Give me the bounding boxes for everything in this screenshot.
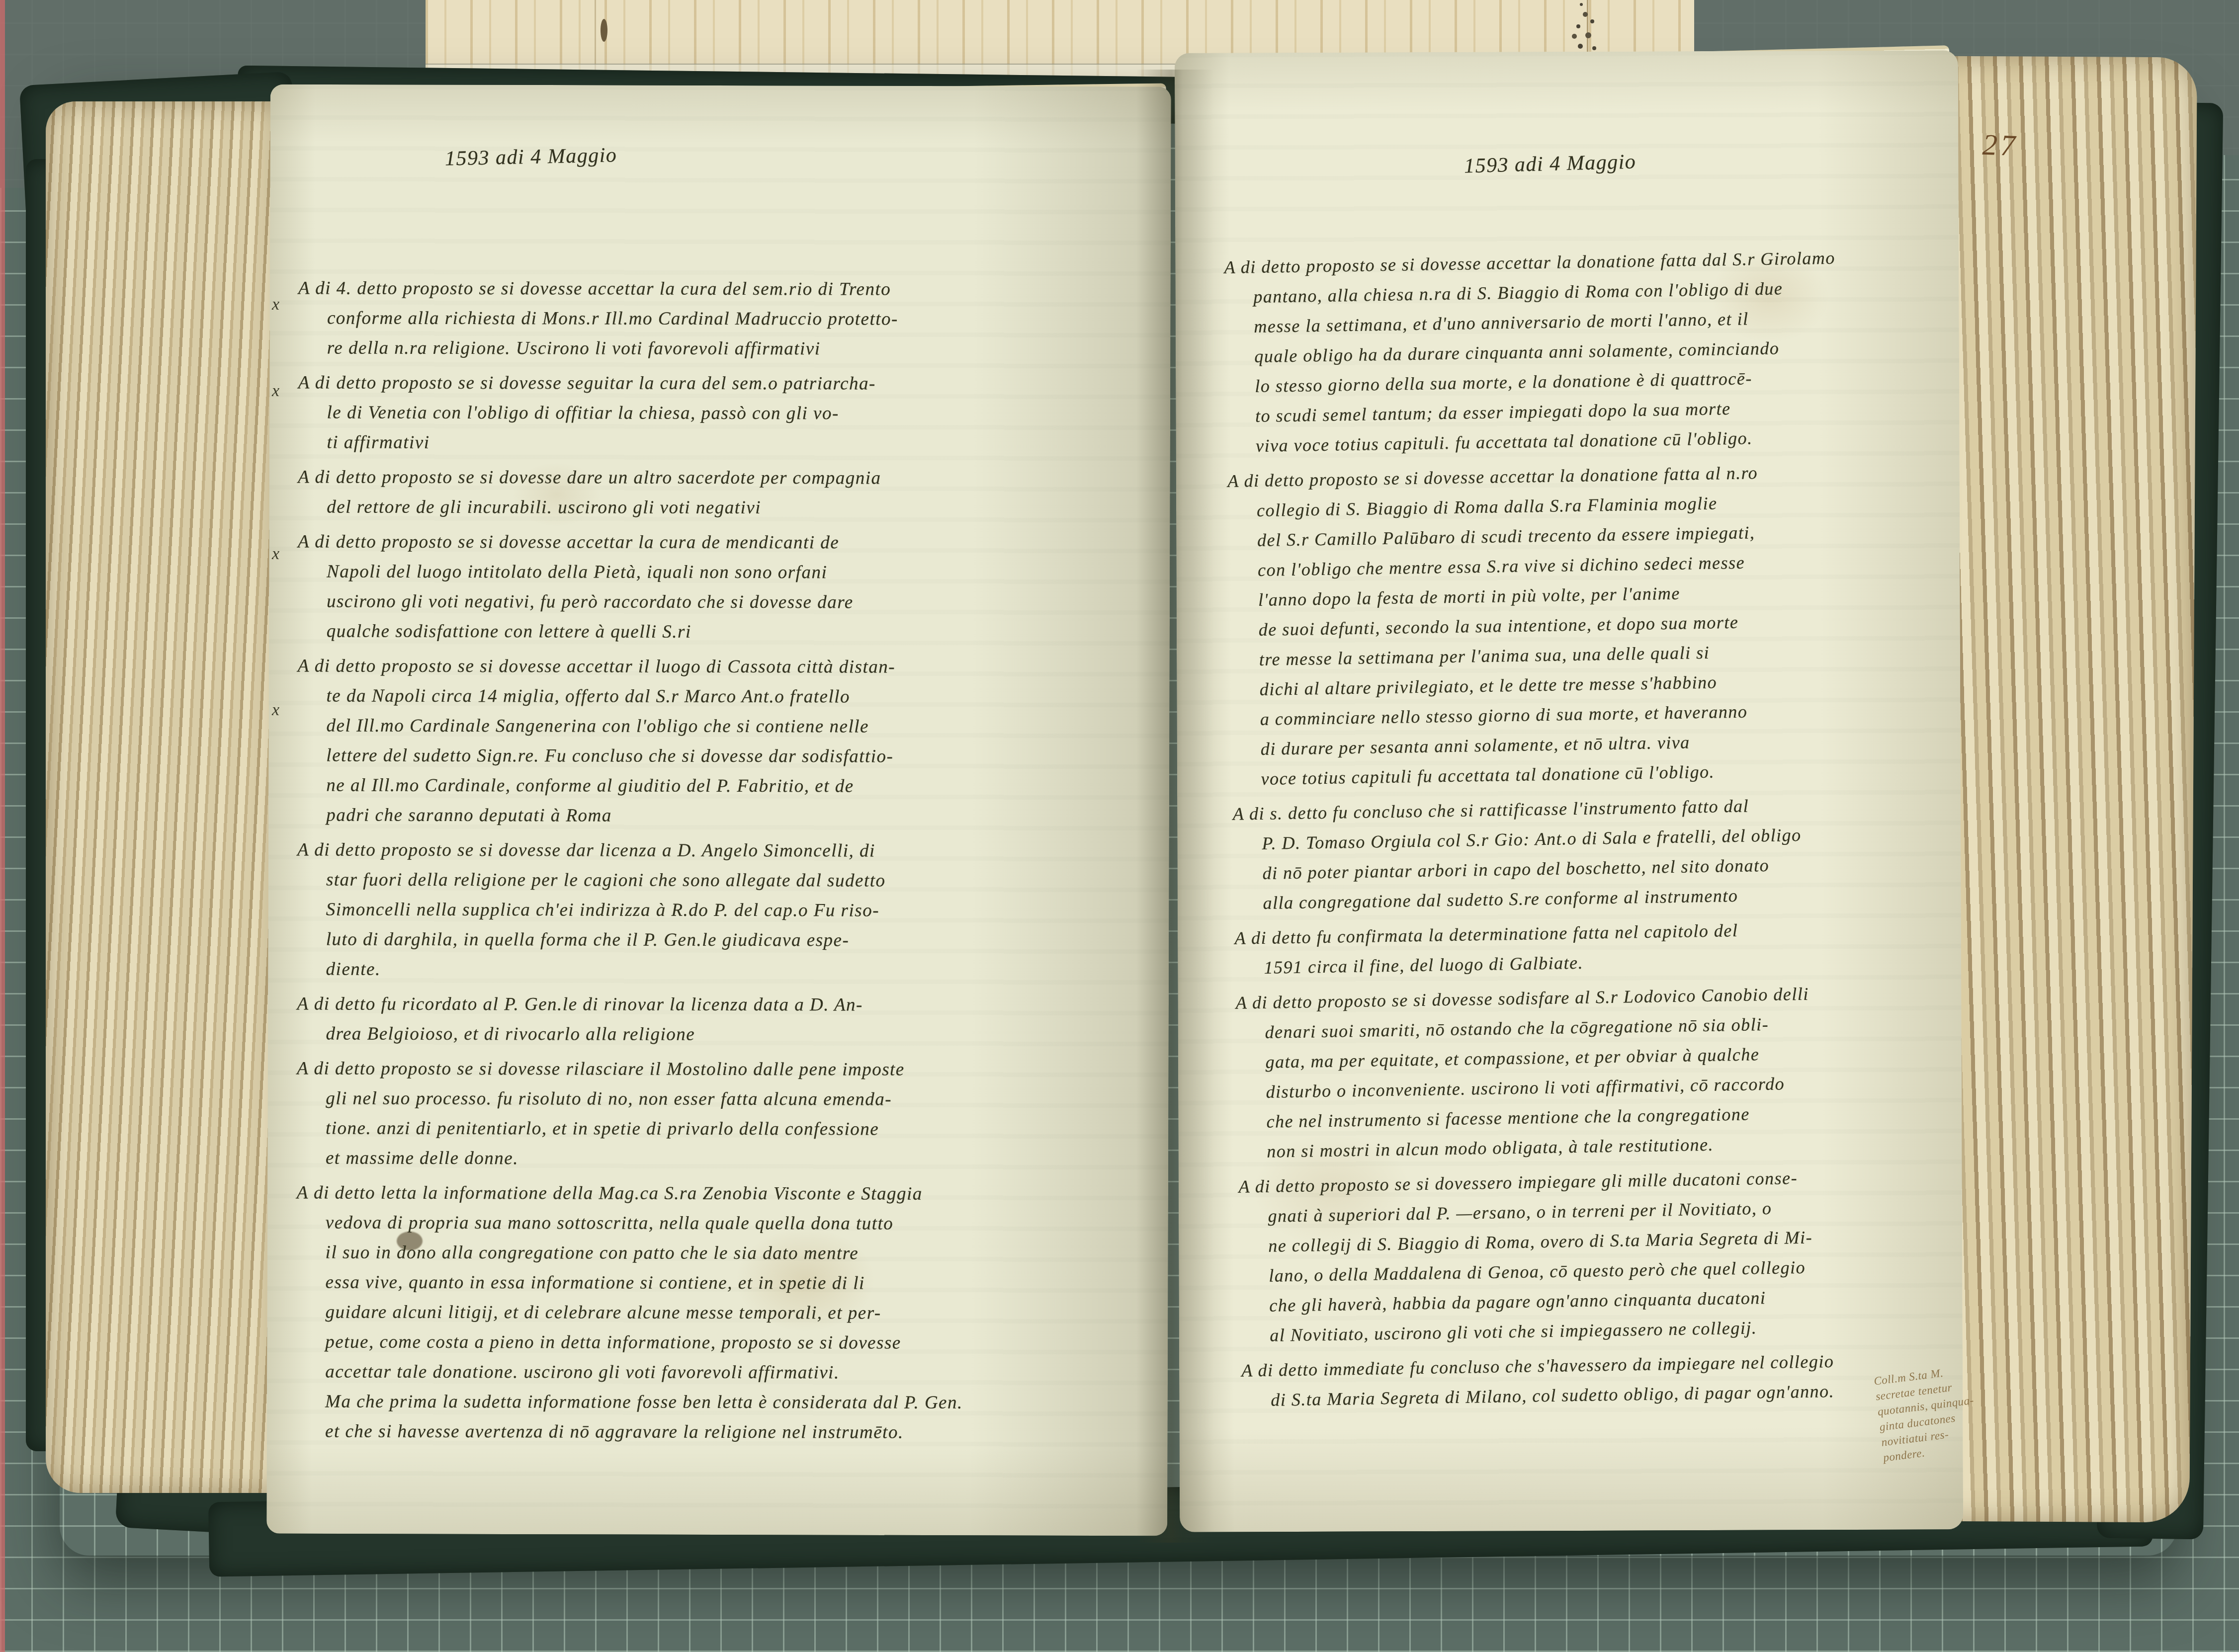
manuscript-line: A di detto proposto se si dovesse dar li…: [297, 835, 1152, 866]
manuscript-line: del Ill.mo Cardinale Sangenerina con l'o…: [297, 711, 1152, 742]
left-page-date-header: 1593 adi 4 Maggio: [445, 143, 617, 170]
manuscript-line: A di detto proposto se si dovesse accett…: [298, 651, 1153, 682]
left-page-text: A di 4. detto proposto se si dovesse acc…: [296, 274, 1153, 1453]
right-page-date-header: 1593 adi 4 Maggio: [1464, 150, 1636, 178]
manuscript-line: gli nel suo processo. fu risoluto di no,…: [297, 1083, 1152, 1115]
manuscript-paragraph: A di detto proposto se si dovesse rilasc…: [297, 1054, 1152, 1174]
manuscript-paragraph: A di detto fu confirmata la determinatio…: [1234, 911, 1981, 983]
manuscript-line: star fuori della religione per le cagion…: [297, 865, 1152, 896]
manuscript-paragraph: A di detto proposto se si dovesse dare u…: [298, 463, 1153, 524]
wood-knot: [601, 19, 607, 42]
manuscript-paragraph: A di detto fu ricordato al P. Gen.le di …: [297, 989, 1152, 1050]
margin-x-mark: x: [272, 701, 279, 720]
manuscript-line: conforme alla richiesta di Mons.r Ill.mo…: [298, 304, 1153, 335]
manuscript-line: le di Venetia con l'obligo di offitiar l…: [298, 398, 1153, 429]
manuscript-photo: 1593 adi 4 Maggio 1593 adi 4 Maggio 27 x…: [0, 0, 2239, 1652]
manuscript-line: il suo in dono alla congregatione con pa…: [297, 1238, 1152, 1269]
manuscript-line: Napoli del luogo intitolato della Pietà,…: [298, 557, 1153, 588]
manuscript-line: re della n.ra religione. Uscirono li vot…: [298, 333, 1153, 365]
manuscript-line: et che si havesse avertenza di nō aggrav…: [296, 1416, 1151, 1448]
manuscript-line: A di detto proposto se si dovesse dare u…: [298, 463, 1153, 494]
manuscript-line: del rettore de gli incurabili. uscirono …: [298, 493, 1153, 524]
manuscript-line: A di detto letta la informatione della M…: [297, 1178, 1152, 1209]
right-page-text: A di detto proposto se si dovesse accett…: [1224, 241, 1988, 1420]
manuscript-line: A di detto proposto se si dovesse accett…: [298, 527, 1153, 559]
manuscript-line: uscirono gli voti negativi, fu però racc…: [298, 586, 1153, 618]
manuscript-paragraph: A di detto proposto se si dovesse accett…: [1224, 241, 1973, 461]
manuscript-line: accettar tale donatione. uscirono gli vo…: [296, 1357, 1151, 1388]
manuscript-line: qualche sodisfattione con lettere à quel…: [298, 616, 1153, 648]
manuscript-line: padri che saranno deputati à Roma: [297, 800, 1152, 831]
manuscript-line: A di 4. detto proposto se si dovesse acc…: [298, 274, 1153, 305]
manuscript-line: lettere del sudetto Sign.re. Fu concluso…: [297, 741, 1152, 772]
margin-x-mark: x: [272, 295, 279, 314]
manuscript-line: te da Napoli circa 14 miglia, offerto da…: [298, 681, 1153, 712]
manuscript-line: guidare alcuni litigij, et di celebrare …: [296, 1297, 1151, 1328]
manuscript-line: Ma che prima la sudetta informatione fos…: [296, 1387, 1151, 1418]
manuscript-paragraph: A di s. detto fu concluso che si rattifi…: [1232, 787, 1980, 918]
wood-speckles: [1580, 3, 1583, 6]
manuscript-line: A di detto proposto se si dovesse rilasc…: [297, 1054, 1152, 1085]
left-page-fore-edge-stack: [46, 101, 283, 1493]
manuscript-line: tione. anzi di penitentiarlo, et in spet…: [297, 1113, 1152, 1145]
manuscript-paragraph: A di detto proposto se si dovesse accett…: [1227, 454, 1978, 794]
manuscript-line: petue, come costa a pieno in detta infor…: [296, 1327, 1151, 1358]
manuscript-paragraph: A di detto proposto se si dovesse accett…: [297, 651, 1153, 831]
manuscript-line: luto di darghila, in quella forma che il…: [297, 924, 1152, 956]
margin-x-mark: x: [272, 545, 279, 564]
manuscript-line: et massime delle donne.: [297, 1143, 1152, 1174]
manuscript-paragraph: A di detto letta la informatione della M…: [296, 1178, 1152, 1448]
manuscript-line: essa vive, quanto in essa informatione s…: [296, 1267, 1151, 1299]
manuscript-line: A di detto proposto se si dovesse seguit…: [298, 368, 1153, 400]
manuscript-paragraph: A di detto proposto se si dovesse dar li…: [297, 835, 1153, 986]
manuscript-paragraph: A di detto proposto se si dovessero impi…: [1238, 1160, 1986, 1351]
mat-red-edge-stripe: [0, 0, 5, 1652]
manuscript-line: diente.: [297, 954, 1152, 986]
latin-margin-note: Coll.m S.ta M.secretae teneturquotannis,…: [1873, 1358, 2008, 1465]
manuscript-line: vedova di propria sua mano sottoscritta,…: [297, 1208, 1152, 1239]
manuscript-line: Simoncelli nella supplica ch'ei indirizz…: [297, 895, 1152, 926]
manuscript-paragraph: A di detto proposto se si dovesse accett…: [298, 527, 1153, 648]
manuscript-line: ti affirmativi: [298, 428, 1153, 459]
manuscript-line: A di detto fu ricordato al P. Gen.le di …: [297, 989, 1152, 1020]
manuscript-paragraph: A di detto proposto se si dovesse sodisf…: [1235, 976, 1983, 1167]
manuscript-paragraph: A di detto proposto se si dovesse seguit…: [298, 368, 1153, 459]
manuscript-line: drea Belgioioso, et di rivocarlo alla re…: [297, 1019, 1152, 1050]
folio-number: 27: [1982, 128, 2019, 163]
margin-x-mark: x: [272, 382, 279, 401]
manuscript-paragraph: A di 4. detto proposto se si dovesse acc…: [298, 274, 1153, 365]
manuscript-line: ne al Ill.mo Cardinale, conforme al giud…: [297, 770, 1152, 802]
